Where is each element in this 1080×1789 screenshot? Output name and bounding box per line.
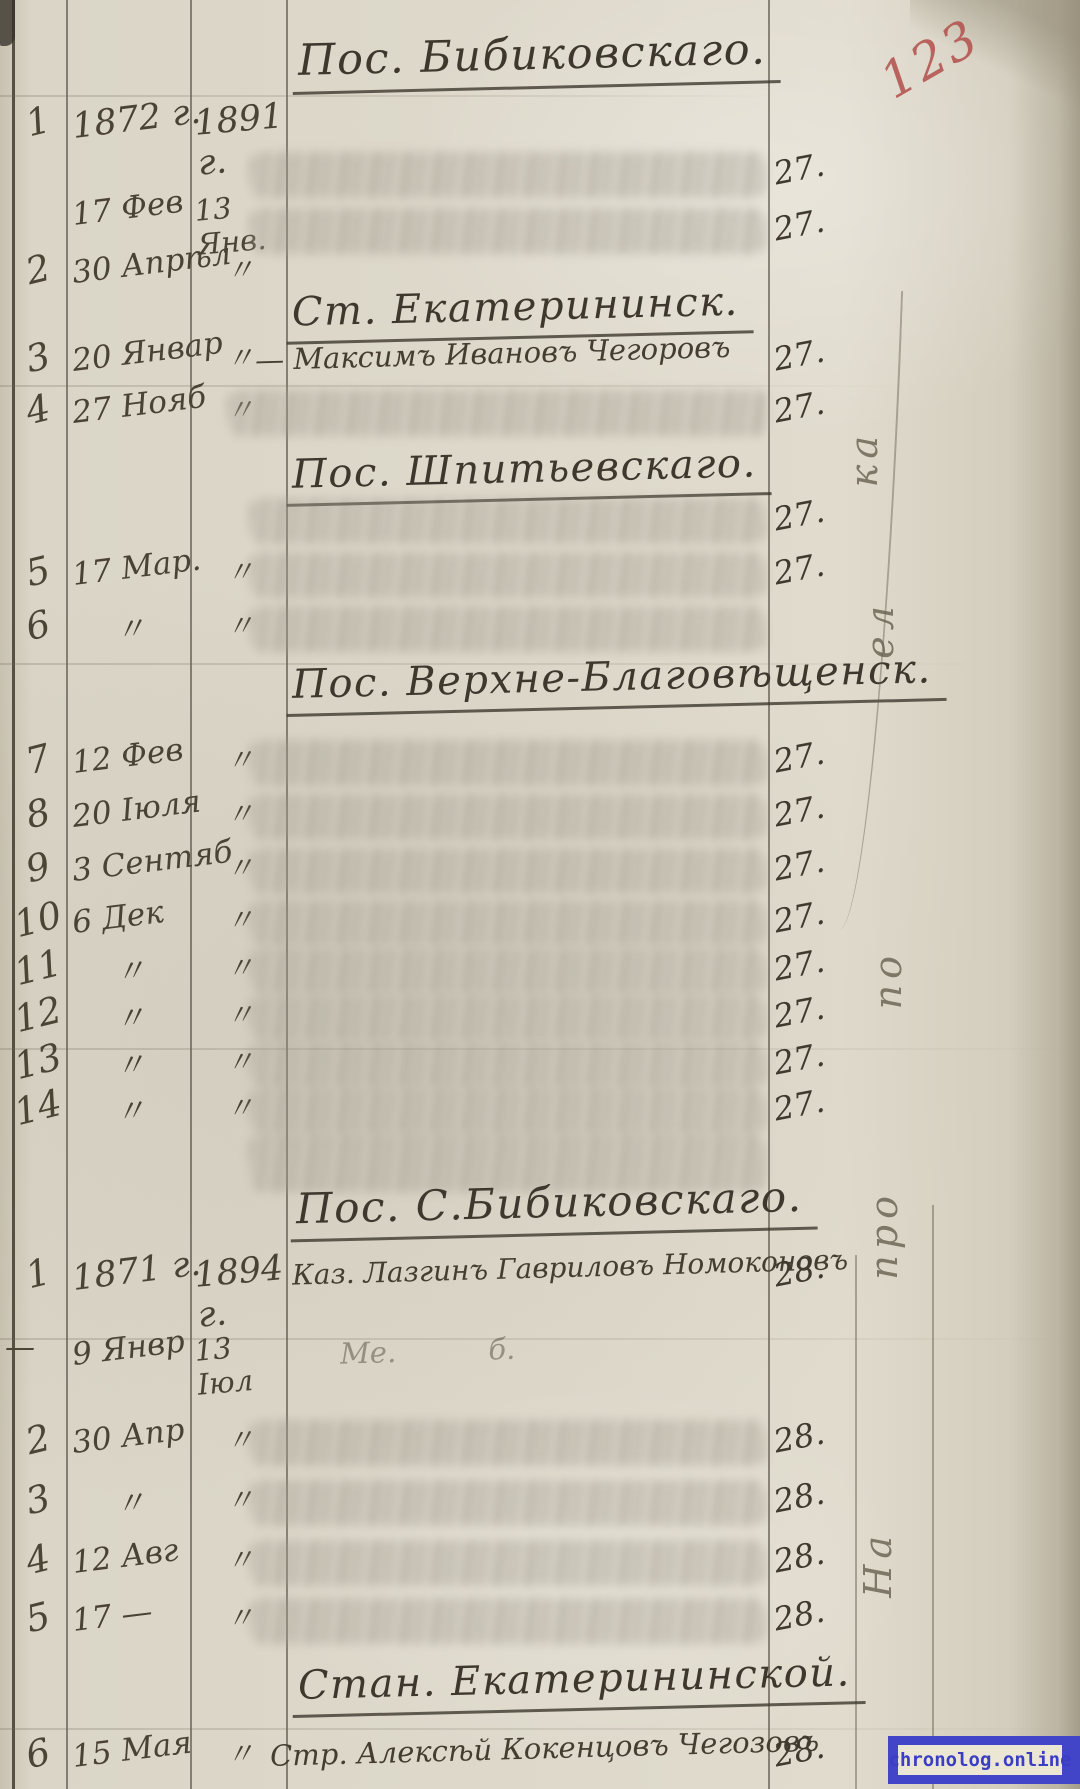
row-number: 11 xyxy=(8,940,69,994)
margin-annotation: На xyxy=(856,1530,900,1598)
watermark-badge: chronolog.online xyxy=(888,1736,1080,1784)
date-cell: 17 Мар. xyxy=(70,543,190,593)
date-cell: 12 Авг xyxy=(70,1531,190,1581)
date-cell: 3 Сентяб xyxy=(70,839,190,889)
row-number: 10 xyxy=(8,892,69,946)
redacted-name xyxy=(250,1480,765,1526)
folio-number: 28. xyxy=(767,1413,831,1461)
folio-number: 27. xyxy=(767,545,831,593)
section-heading: Стан. Екатерининской. xyxy=(291,1647,865,1718)
register-row: 3 〃 〃 28. xyxy=(0,1478,1080,1532)
name-entry: Каз. Лазгинъ Гавриловъ Номоконовъ xyxy=(292,1245,767,1291)
ditto-mark: 〃 xyxy=(70,1079,191,1138)
row-number: 1 xyxy=(8,1246,69,1300)
register-row: 5 17 — 〃 28. xyxy=(0,1596,1080,1650)
date-cell: 30 Апр xyxy=(70,1411,190,1461)
margin-annotation: про xyxy=(862,1190,906,1280)
row-number: 4 xyxy=(8,382,69,436)
register-row: 8 20 Іюля 〃 27. xyxy=(0,792,1080,846)
folio-number: 28. xyxy=(767,1473,831,1521)
date-cell: 1871 г. xyxy=(70,1245,190,1299)
folio-number: 27. xyxy=(767,841,831,889)
register-row: 5 17 Мар. 〃 27. xyxy=(0,550,1080,604)
row-number: 4 xyxy=(8,1532,69,1586)
folio-number: 27. xyxy=(767,491,831,539)
register-row: 1 1872 г. 1891 г. xyxy=(0,100,1080,154)
redacted-name xyxy=(250,948,765,994)
folio-number: 27. xyxy=(767,787,831,835)
date-cell: 1872 г. xyxy=(70,93,190,147)
row-number: 1 xyxy=(8,94,69,148)
section-heading: Пос. С.Бибиковскаго. xyxy=(289,1170,817,1243)
register-row: 4 12 Авг 〃 28. xyxy=(0,1538,1080,1592)
folio-number: 27. xyxy=(767,1035,831,1083)
redacted-name xyxy=(250,606,765,652)
folio-number: 28. xyxy=(767,1591,831,1639)
date-cell: 27 Нояб xyxy=(70,381,190,431)
redacted-name xyxy=(250,1088,765,1134)
row-number: 2 xyxy=(8,242,69,296)
register-row: — 9 Янвр 13 Іюл Ме. б. xyxy=(0,1330,1080,1384)
watermark-panel: chronolog.online xyxy=(898,1745,1062,1775)
folio-number: 28. xyxy=(767,1533,831,1581)
redacted-name xyxy=(250,794,765,840)
date-cell: 6 Дек xyxy=(70,891,190,941)
redacted-name xyxy=(250,995,765,1041)
name-entry: Стр. Алексѣй Кокенцовъ Чегозовъ xyxy=(270,1725,766,1773)
folio-number: 27. xyxy=(767,145,831,193)
folio-number: 27. xyxy=(767,733,831,781)
ditto-mark: 〃 xyxy=(194,244,285,293)
row-number: 7 xyxy=(8,732,69,786)
date-cell: 1894 г. xyxy=(193,1248,288,1335)
row-number: 3 xyxy=(8,330,69,384)
row-number: 6 xyxy=(8,1726,69,1780)
folio-number: 27. xyxy=(767,201,831,249)
folio-number: 27. xyxy=(767,893,831,941)
paper-crease xyxy=(0,95,780,97)
date-cell: 13 Іюл xyxy=(193,1326,287,1401)
row-number: 12 xyxy=(8,987,69,1041)
row-number: 9 xyxy=(8,840,69,894)
register-row: 3 20 Январ 〃 — Максимъ Ивановъ Чегоровъ … xyxy=(0,336,1080,390)
register-row: 2 30 Апр 〃 28. xyxy=(0,1418,1080,1472)
register-row: 9 3 Сентяб 〃 27. xyxy=(0,846,1080,900)
row-number: 13 xyxy=(8,1034,69,1088)
date-cell: 15 Мая xyxy=(70,1725,190,1775)
register-row: 27. xyxy=(0,496,1080,550)
folio-number: 27. xyxy=(767,1081,831,1129)
date-cell: 17 — xyxy=(70,1589,190,1639)
row-number: 5 xyxy=(8,1590,69,1644)
redacted-name xyxy=(250,900,765,946)
redacted-name xyxy=(250,848,765,894)
date-cell: 9 Янвр xyxy=(70,1323,190,1373)
row-number: 3 xyxy=(8,1472,69,1526)
row-number: 5 xyxy=(8,544,69,598)
ditto-mark: 〃 xyxy=(70,597,191,656)
date-cell: 30 Апрѣл xyxy=(70,241,190,291)
watermark-text: chronolog.online xyxy=(888,1749,1071,1771)
row-number: 8 xyxy=(8,786,69,840)
redacted-name xyxy=(250,1042,765,1088)
register-row: 1 1871 г. 1894 г. Каз. Лазгинъ Гавриловъ… xyxy=(0,1252,1080,1306)
redacted-name xyxy=(228,390,768,436)
date-cell: 20 Іюля xyxy=(70,785,190,835)
folio-number: 27. xyxy=(767,383,831,431)
row-number: 14 xyxy=(8,1080,69,1134)
date-cell: 12 Фев xyxy=(70,731,190,781)
folio-number: 27. xyxy=(767,331,831,379)
folio-number: 27. xyxy=(767,941,831,989)
folio-number: 27. xyxy=(767,988,831,1036)
ditto-mark: 〃 xyxy=(70,1471,191,1530)
page-scan: Пос. Бибиковскаго. 1 1872 г. 1891 г. 27.… xyxy=(0,0,1080,1789)
redacted-name xyxy=(250,1598,765,1644)
redacted-name xyxy=(250,740,765,786)
name-entry: Ме. б. xyxy=(340,1323,815,1370)
section-heading: Пос. Бибиковскаго. xyxy=(291,22,781,95)
redacted-name xyxy=(250,1540,765,1586)
redacted-name xyxy=(250,1420,765,1466)
row-number: 6 xyxy=(8,598,69,652)
redacted-name xyxy=(250,552,765,598)
date-cell: 20 Январ xyxy=(70,329,190,379)
dash-mark: — xyxy=(0,1330,46,1365)
margin-annotation: по xyxy=(866,950,910,1009)
row-number: 2 xyxy=(8,1412,69,1466)
register-row: 7 12 Фев 〃 27. xyxy=(0,738,1080,792)
margin-annotation: ел xyxy=(858,600,902,659)
margin-annotation: ка xyxy=(842,430,886,487)
redacted-name xyxy=(250,498,765,544)
register-row: 4 27 Нояб 〃 27. xyxy=(0,388,1080,442)
name-entry: — Максимъ Ивановъ Чегоровъ xyxy=(255,329,766,377)
